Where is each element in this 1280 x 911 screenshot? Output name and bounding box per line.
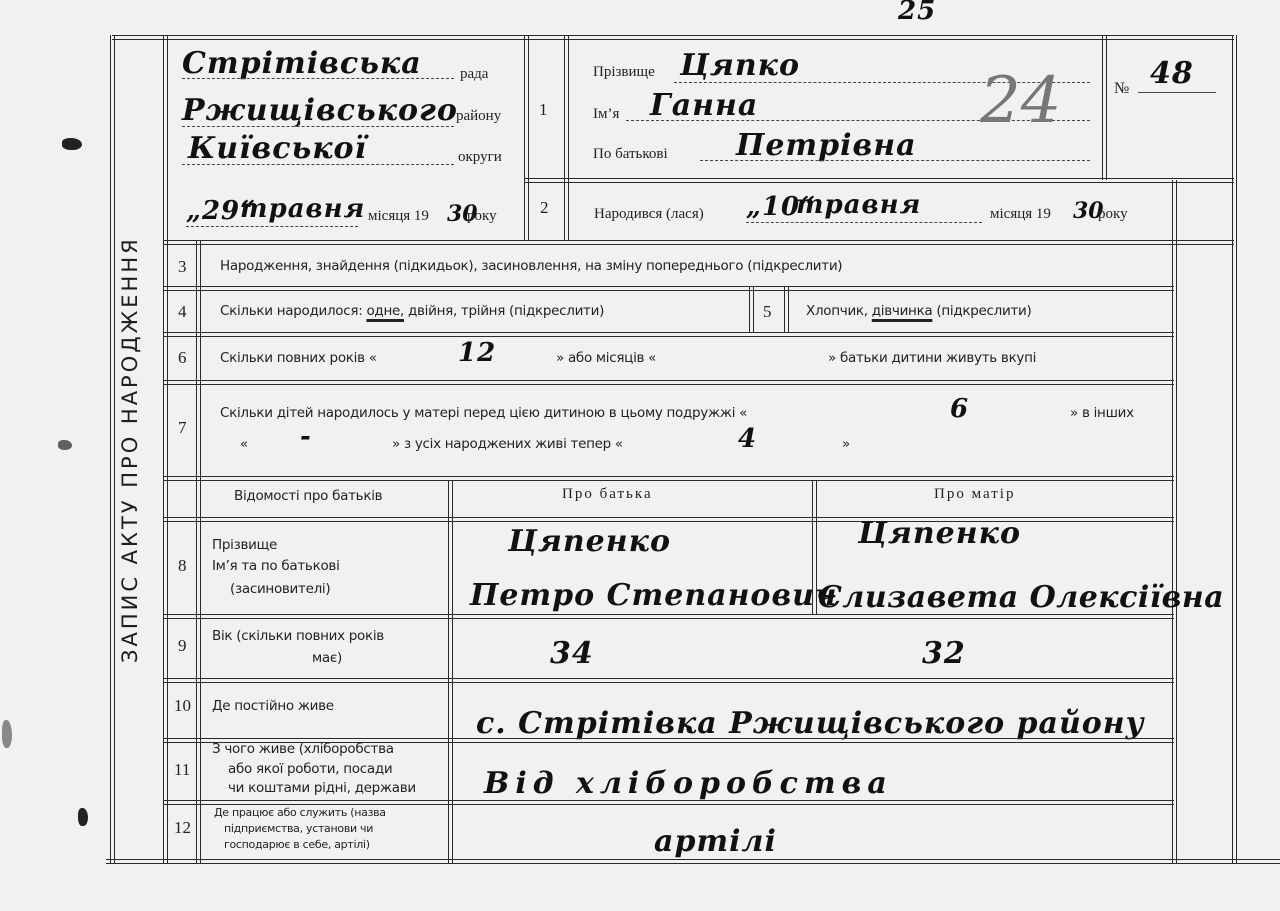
parents-header-father: Про батька — [562, 486, 653, 503]
children-other-marriages-value[interactable]: - — [300, 422, 312, 452]
row-number: 9 — [178, 636, 187, 656]
punch-hole-mark — [2, 720, 12, 748]
row-number: 5 — [763, 302, 772, 322]
okrug-label: округи — [458, 149, 502, 166]
workplace-value[interactable]: артілі — [654, 824, 777, 859]
district-value: Ржищівського — [182, 93, 458, 128]
row-number: 3 — [178, 257, 187, 277]
row12-label-line: Де працює або служить (назва — [214, 806, 386, 819]
row8-label-line: (засиновителі) — [230, 581, 330, 597]
row10-label: Де постійно живе — [212, 698, 334, 714]
row8-label-line: Прізвище — [212, 537, 277, 553]
mother-surname[interactable]: Цяпенко — [858, 516, 1021, 551]
row12-label-line: господарює в себе, артілі) — [224, 838, 370, 851]
birth-date-label: Народився (лася) — [594, 206, 704, 223]
row-number: 8 — [178, 556, 187, 576]
punch-hole-mark — [78, 808, 88, 826]
sex-label-note: (підкреслити) — [936, 303, 1031, 319]
quote-open: « — [240, 436, 248, 452]
children-alive-value[interactable]: 4 — [738, 424, 757, 454]
date-month-label: місяця 19 — [368, 208, 429, 225]
row-number: 7 — [178, 418, 187, 438]
punch-hole-mark — [62, 138, 82, 150]
children-other-label: » в інших — [1070, 405, 1134, 421]
row-number: 2 — [540, 198, 549, 218]
multiplicity-label: Скільки народилося: — [220, 303, 362, 319]
birth-type-options[interactable]: Народження, знайдення (підкидьок), засин… — [220, 258, 842, 274]
row-number: 6 — [178, 348, 187, 368]
surname-value: Цяпко — [680, 48, 800, 83]
row-number: 4 — [178, 302, 187, 322]
marriage-years-value[interactable]: 12 — [458, 338, 496, 368]
marriage-tail-label: » батьки дитини живуть вкупі — [828, 350, 1036, 366]
patronymic-value: Петрівна — [736, 128, 917, 163]
row11-label-line: чи коштами рідні, держави — [228, 780, 416, 796]
name-value: Ганна — [650, 88, 758, 123]
okrug-value: Київської — [188, 131, 367, 166]
mother-name-patronymic[interactable]: Єлизавета Олексіївна — [818, 580, 1224, 615]
surname-label: Прізвище — [593, 64, 655, 81]
children-this-marriage-value[interactable]: 6 — [950, 394, 969, 424]
page-number: 25 — [898, 0, 936, 26]
record-number-value: 48 — [1150, 56, 1194, 91]
row-number: 1 — [539, 100, 548, 120]
multiplicity-options[interactable]: Скільки народилося: одне, двійня, трійня… — [220, 303, 604, 319]
birth-month: травня — [796, 190, 921, 220]
punch-hole-mark — [58, 440, 72, 450]
mother-age[interactable]: 32 — [922, 636, 966, 671]
birth-month-label: місяця 19 — [990, 206, 1051, 223]
row11-label-line: З чого живе (хліборобства — [212, 741, 394, 757]
multiplicity-other-options: двійня, трійня (підкреслити) — [408, 303, 604, 319]
row12-label-line: підприємства, установи чи — [224, 822, 373, 835]
pencil-annotation: 24 — [980, 64, 1061, 138]
father-age[interactable]: 34 — [550, 636, 594, 671]
patronymic-label: По батькові — [593, 146, 668, 163]
row11-label-line: або якої роботи, посади — [228, 761, 392, 777]
father-name-patronymic[interactable]: Петро Степанович — [470, 578, 837, 613]
row9-label-line: Вік (скільки повних років — [212, 628, 384, 644]
sex-selected-girl[interactable]: дівчинка — [872, 303, 933, 319]
name-label: Ім’я — [593, 106, 619, 123]
row-number: 12 — [174, 818, 191, 838]
children-alive-label: » з усіх народжених живі тепер « — [392, 436, 623, 452]
parents-header-mother: Про матір — [934, 486, 1015, 503]
father-surname[interactable]: Цяпенко — [508, 524, 671, 559]
multiplicity-selected-single[interactable]: одне, — [366, 303, 404, 319]
quote-close: » — [842, 436, 850, 452]
marriage-months-label: » або місяців « — [556, 350, 656, 366]
date-month: травня — [240, 194, 365, 224]
council-value: Стрітівська — [182, 46, 422, 81]
livelihood-value[interactable]: Від хліборобства — [484, 766, 893, 801]
children-before-label: Скільки дітей народилось у матері перед … — [220, 405, 747, 421]
form-side-title: ЗАПИС АКТУ ПРО НАРОДЖЕННЯ — [118, 190, 158, 710]
row9-label-line: має) — [312, 650, 342, 666]
marriage-years-label: Скільки повних років « — [220, 350, 377, 366]
row-number: 10 — [174, 696, 191, 716]
sex-option-boy: Хлопчик, — [806, 303, 868, 319]
row-number: 11 — [174, 760, 190, 780]
row8-label-line: Ім’я та по батькові — [212, 558, 340, 574]
birth-year-label: року — [1098, 206, 1128, 223]
date-year-label: року — [467, 208, 497, 225]
record-number-label: № — [1114, 80, 1129, 98]
parents-header-info: Відомості про батьків — [234, 488, 382, 504]
sex-options[interactable]: Хлопчик, дівчинка (підкреслити) — [806, 303, 1031, 319]
residence-value[interactable]: с. Стрітівка Ржищівського району — [476, 706, 1145, 741]
district-label: району — [456, 108, 501, 125]
council-label: рада — [460, 66, 488, 83]
